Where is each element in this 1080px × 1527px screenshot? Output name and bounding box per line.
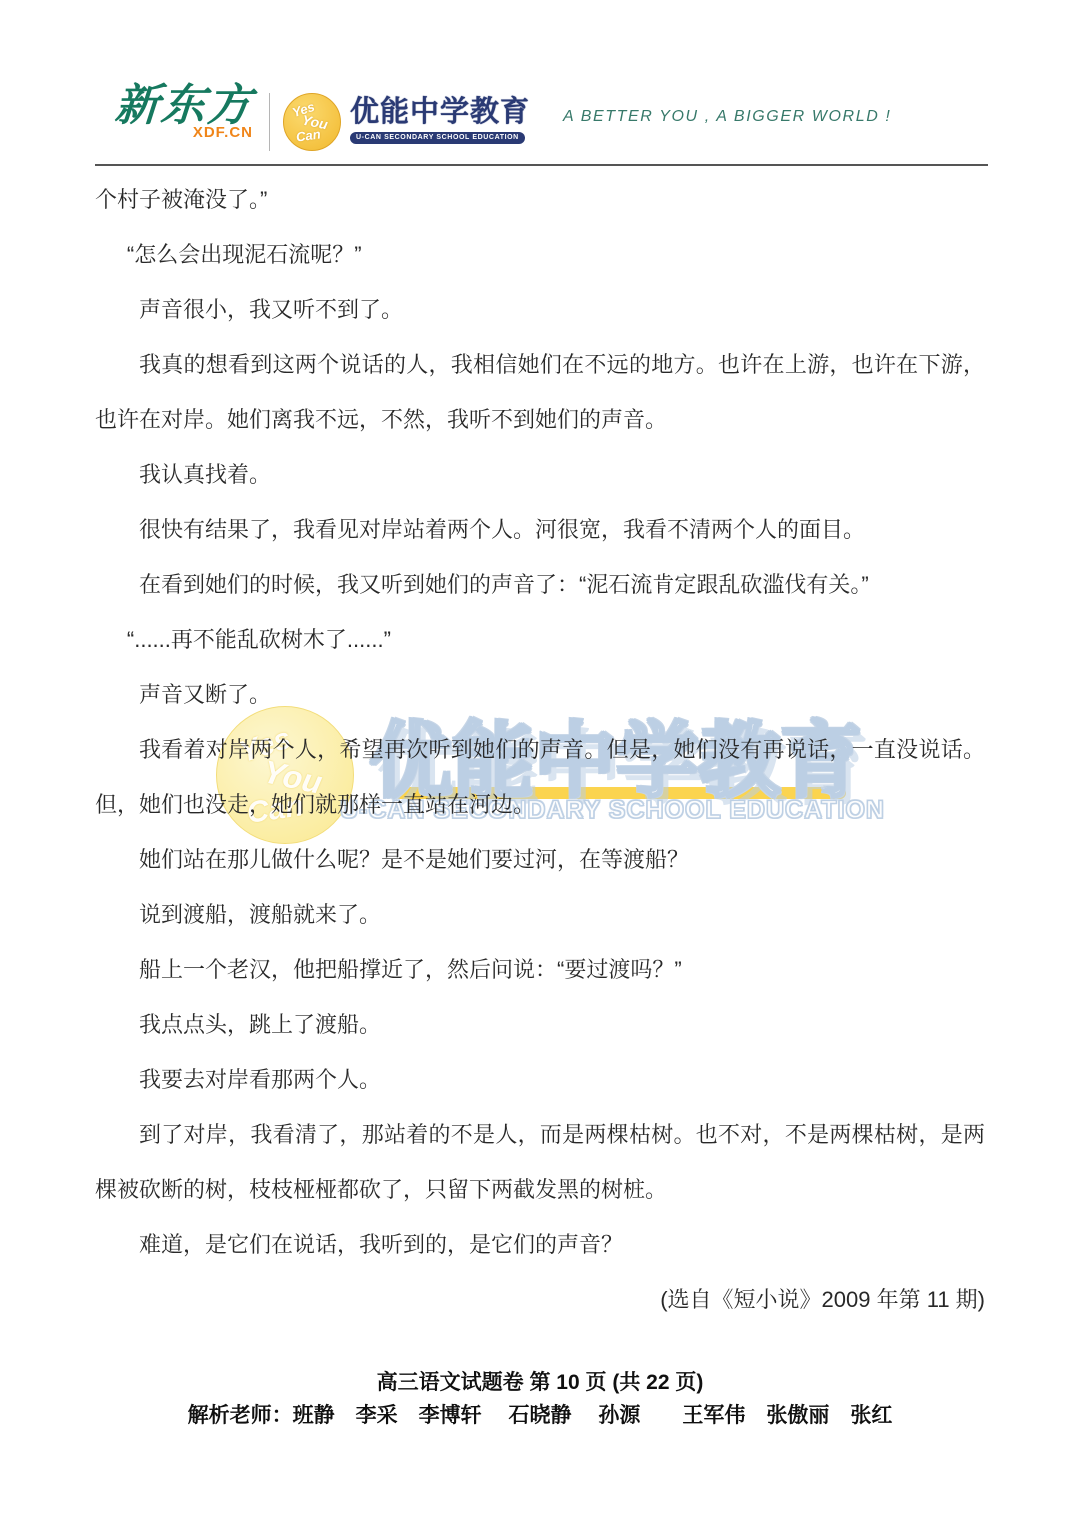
header-slogan: A BETTER YOU , A BIGGER WORLD !	[563, 108, 891, 126]
paragraph: 到了对岸，我看清了，那站着的不是人，而是两棵枯树。也不对，不是两棵枯树，是两棵被…	[95, 1107, 985, 1217]
paragraph: 我要去对岸看那两个人。	[95, 1052, 985, 1107]
xdf-logo-text: 新东方	[113, 84, 254, 128]
paragraph: 我认真找着。	[95, 447, 985, 502]
xdf-logo: 新东方 XDF.CN	[115, 84, 253, 141]
paragraph: “......再不能乱砍树木了......”	[95, 612, 985, 667]
paragraph: “怎么会出现泥石流呢？”	[95, 227, 985, 282]
paragraph: 她们站在那儿做什么呢？是不是她们要过河，在等渡船？	[95, 832, 985, 887]
ucan-subtitle: U-CAN SECONDARY SCHOOL EDUCATION	[350, 132, 525, 144]
page-footer: 高三语文试题卷 第 10 页 (共 22 页) 解析老师：班静 李采 李博轩 石…	[0, 1366, 1080, 1432]
header-rule	[95, 164, 988, 166]
paragraph: 我真的想看到这两个说话的人，我相信她们在不远的地方。也许在上游，也许在下游，也许…	[95, 337, 985, 447]
ucan-title: 优能中学教育	[350, 96, 530, 129]
badge-word: Can	[295, 126, 321, 144]
paragraph: 我点点头，跳上了渡船。	[95, 997, 985, 1052]
paragraph: 个村子被淹没了。”	[95, 172, 985, 227]
ucan-badge-icon: Yes You Can	[283, 93, 341, 151]
ucan-logo: 优能中学教育 U-CAN SECONDARY SCHOOL EDUCATION	[350, 96, 530, 144]
paragraph: 难道，是它们在说话，我听到的，是它们的声音？	[95, 1217, 985, 1272]
teachers-line: 解析老师：班静 李采 李博轩 石晓静 孙源 王军伟 张傲丽 张红	[0, 1399, 1080, 1432]
paragraph: 说到渡船，渡船就来了。	[95, 887, 985, 942]
paragraph: 很快有结果了，我看见对岸站着两个人。河很宽，我看不清两个人的面目。	[95, 502, 985, 557]
header-divider	[269, 93, 270, 151]
page-number-line: 高三语文试题卷 第 10 页 (共 22 页)	[0, 1366, 1080, 1399]
paragraph: 声音很小，我又听不到了。	[95, 282, 985, 337]
paragraph: 船上一个老汉，他把船撑近了，然后问说：“要过渡吗？”	[95, 942, 985, 997]
paragraph: 我看着对岸两个人，希望再次听到她们的声音。但是，她们没有再说话，一直没说话。但，…	[95, 722, 985, 832]
passage: 个村子被淹没了。” “怎么会出现泥石流呢？” 声音很小，我又听不到了。 我真的想…	[95, 172, 985, 1327]
paragraph: 在看到她们的时候，我又听到她们的声音了：“泥石流肯定跟乱砍滥伐有关。”	[95, 557, 985, 612]
citation: (选自《短小说》2009 年第 11 期)	[95, 1272, 985, 1327]
paragraph: 声音又断了。	[95, 667, 985, 722]
